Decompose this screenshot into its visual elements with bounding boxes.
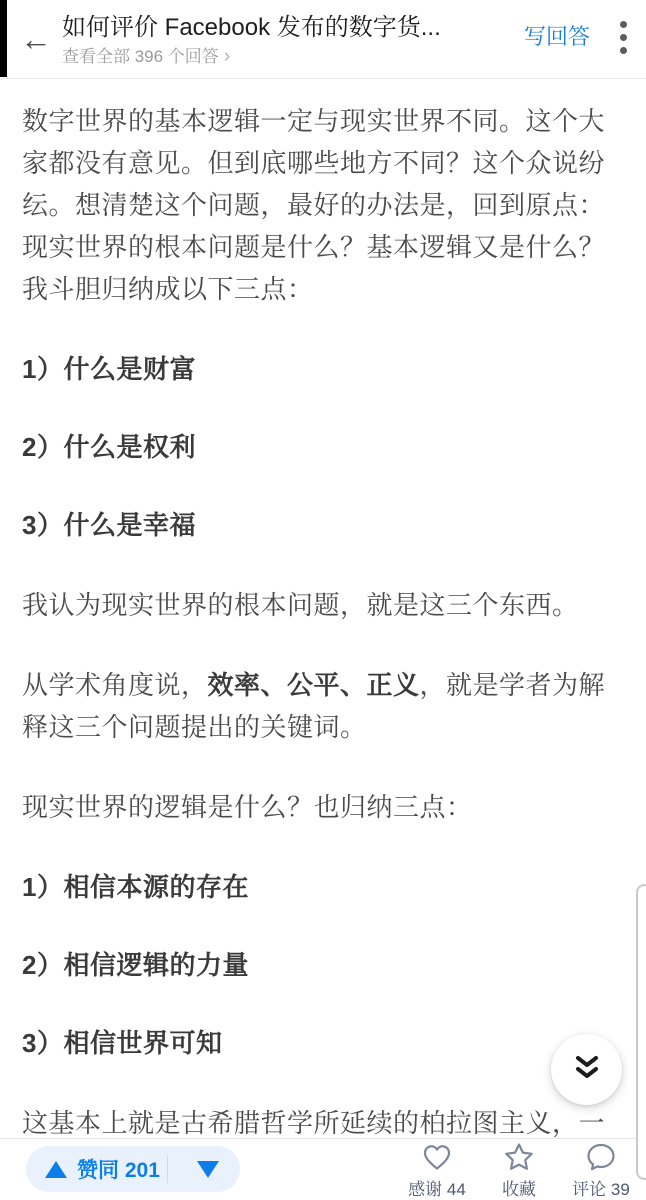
zhihu-answer-screen: ← 如何评价 Facebook 发布的数字货... 查看全部 396 个回答 ›…: [0, 0, 646, 1200]
overflow-dot: [620, 34, 627, 41]
upvote-button[interactable]: 赞同 201: [26, 1146, 186, 1192]
view-all-answers-link[interactable]: 查看全部 396 个回答 ›: [62, 47, 230, 67]
thanks-button[interactable]: 感谢 44: [396, 1139, 478, 1200]
app-header: ← 如何评价 Facebook 发布的数字货... 查看全部 396 个回答 ›…: [0, 0, 646, 79]
action-bar: 赞同 201 感谢 44: [0, 1138, 646, 1200]
back-button[interactable]: ←: [0, 0, 62, 78]
question-title[interactable]: 如何评价 Facebook 发布的数字货...: [62, 13, 514, 43]
vote-pill: 赞同 201: [26, 1146, 240, 1192]
paragraph: 数字世界的基本逻辑一定与现实世界不同。这个大家都没有意见。但到底哪些地方不同？这…: [22, 100, 624, 310]
chevron-right-icon: ›: [224, 48, 230, 66]
section-heading: 1）相信本源的存在: [22, 866, 624, 908]
section-heading: 1）什么是财富: [22, 348, 624, 390]
favorite-button[interactable]: 收藏: [478, 1139, 560, 1200]
favorite-label: 收藏: [502, 1175, 536, 1200]
double-chevron-down-icon: [574, 1054, 600, 1085]
vote-divider: [167, 1155, 168, 1183]
speech-bubble-icon: [584, 1141, 618, 1173]
heart-icon: [420, 1141, 454, 1173]
section-heading: 3）什么是幸福: [22, 504, 624, 546]
star-icon: [502, 1141, 536, 1173]
overflow-dot: [620, 47, 627, 54]
overflow-dot: [620, 21, 627, 28]
upvote-label: 赞同 201: [77, 1154, 160, 1184]
scroll-to-bottom-button[interactable]: [551, 1034, 622, 1105]
answer-actions: 感谢 44 收藏 评论 39: [396, 1139, 642, 1200]
view-all-answers-label: 查看全部 396 个回答: [62, 47, 219, 67]
section-heading: 2）相信逻辑的力量: [22, 944, 624, 986]
paragraph: 我认为现实世界的根本问题，就是这三个东西。: [22, 584, 624, 626]
thanks-label: 感谢 44: [408, 1175, 466, 1200]
write-answer-button[interactable]: 写回答: [514, 20, 600, 51]
fast-scroller-thumb[interactable]: [636, 884, 646, 1180]
upvote-triangle-icon: [45, 1161, 67, 1178]
section-heading: 2）什么是权利: [22, 426, 624, 468]
answer-body: 数字世界的基本逻辑一定与现实世界不同。这个大家都没有意见。但到底哪些地方不同？这…: [0, 80, 646, 1200]
downvote-button[interactable]: [176, 1146, 240, 1192]
paragraph: 现实世界的逻辑是什么？也归纳三点：: [22, 786, 624, 828]
overflow-menu-button[interactable]: [600, 0, 646, 54]
screen-corner-artifact: [0, 0, 7, 77]
paragraph: 从学术角度说，效率、公平、正义，就是学者为解释这三个问题提出的关键词。: [22, 664, 624, 748]
question-header-text: 如何评价 Facebook 发布的数字货... 查看全部 396 个回答 ›: [62, 0, 514, 67]
comment-label: 评论 39: [572, 1175, 630, 1200]
section-heading: 3）相信世界可知: [22, 1022, 624, 1064]
comment-button[interactable]: 评论 39: [560, 1139, 642, 1200]
downvote-triangle-icon: [197, 1161, 219, 1178]
